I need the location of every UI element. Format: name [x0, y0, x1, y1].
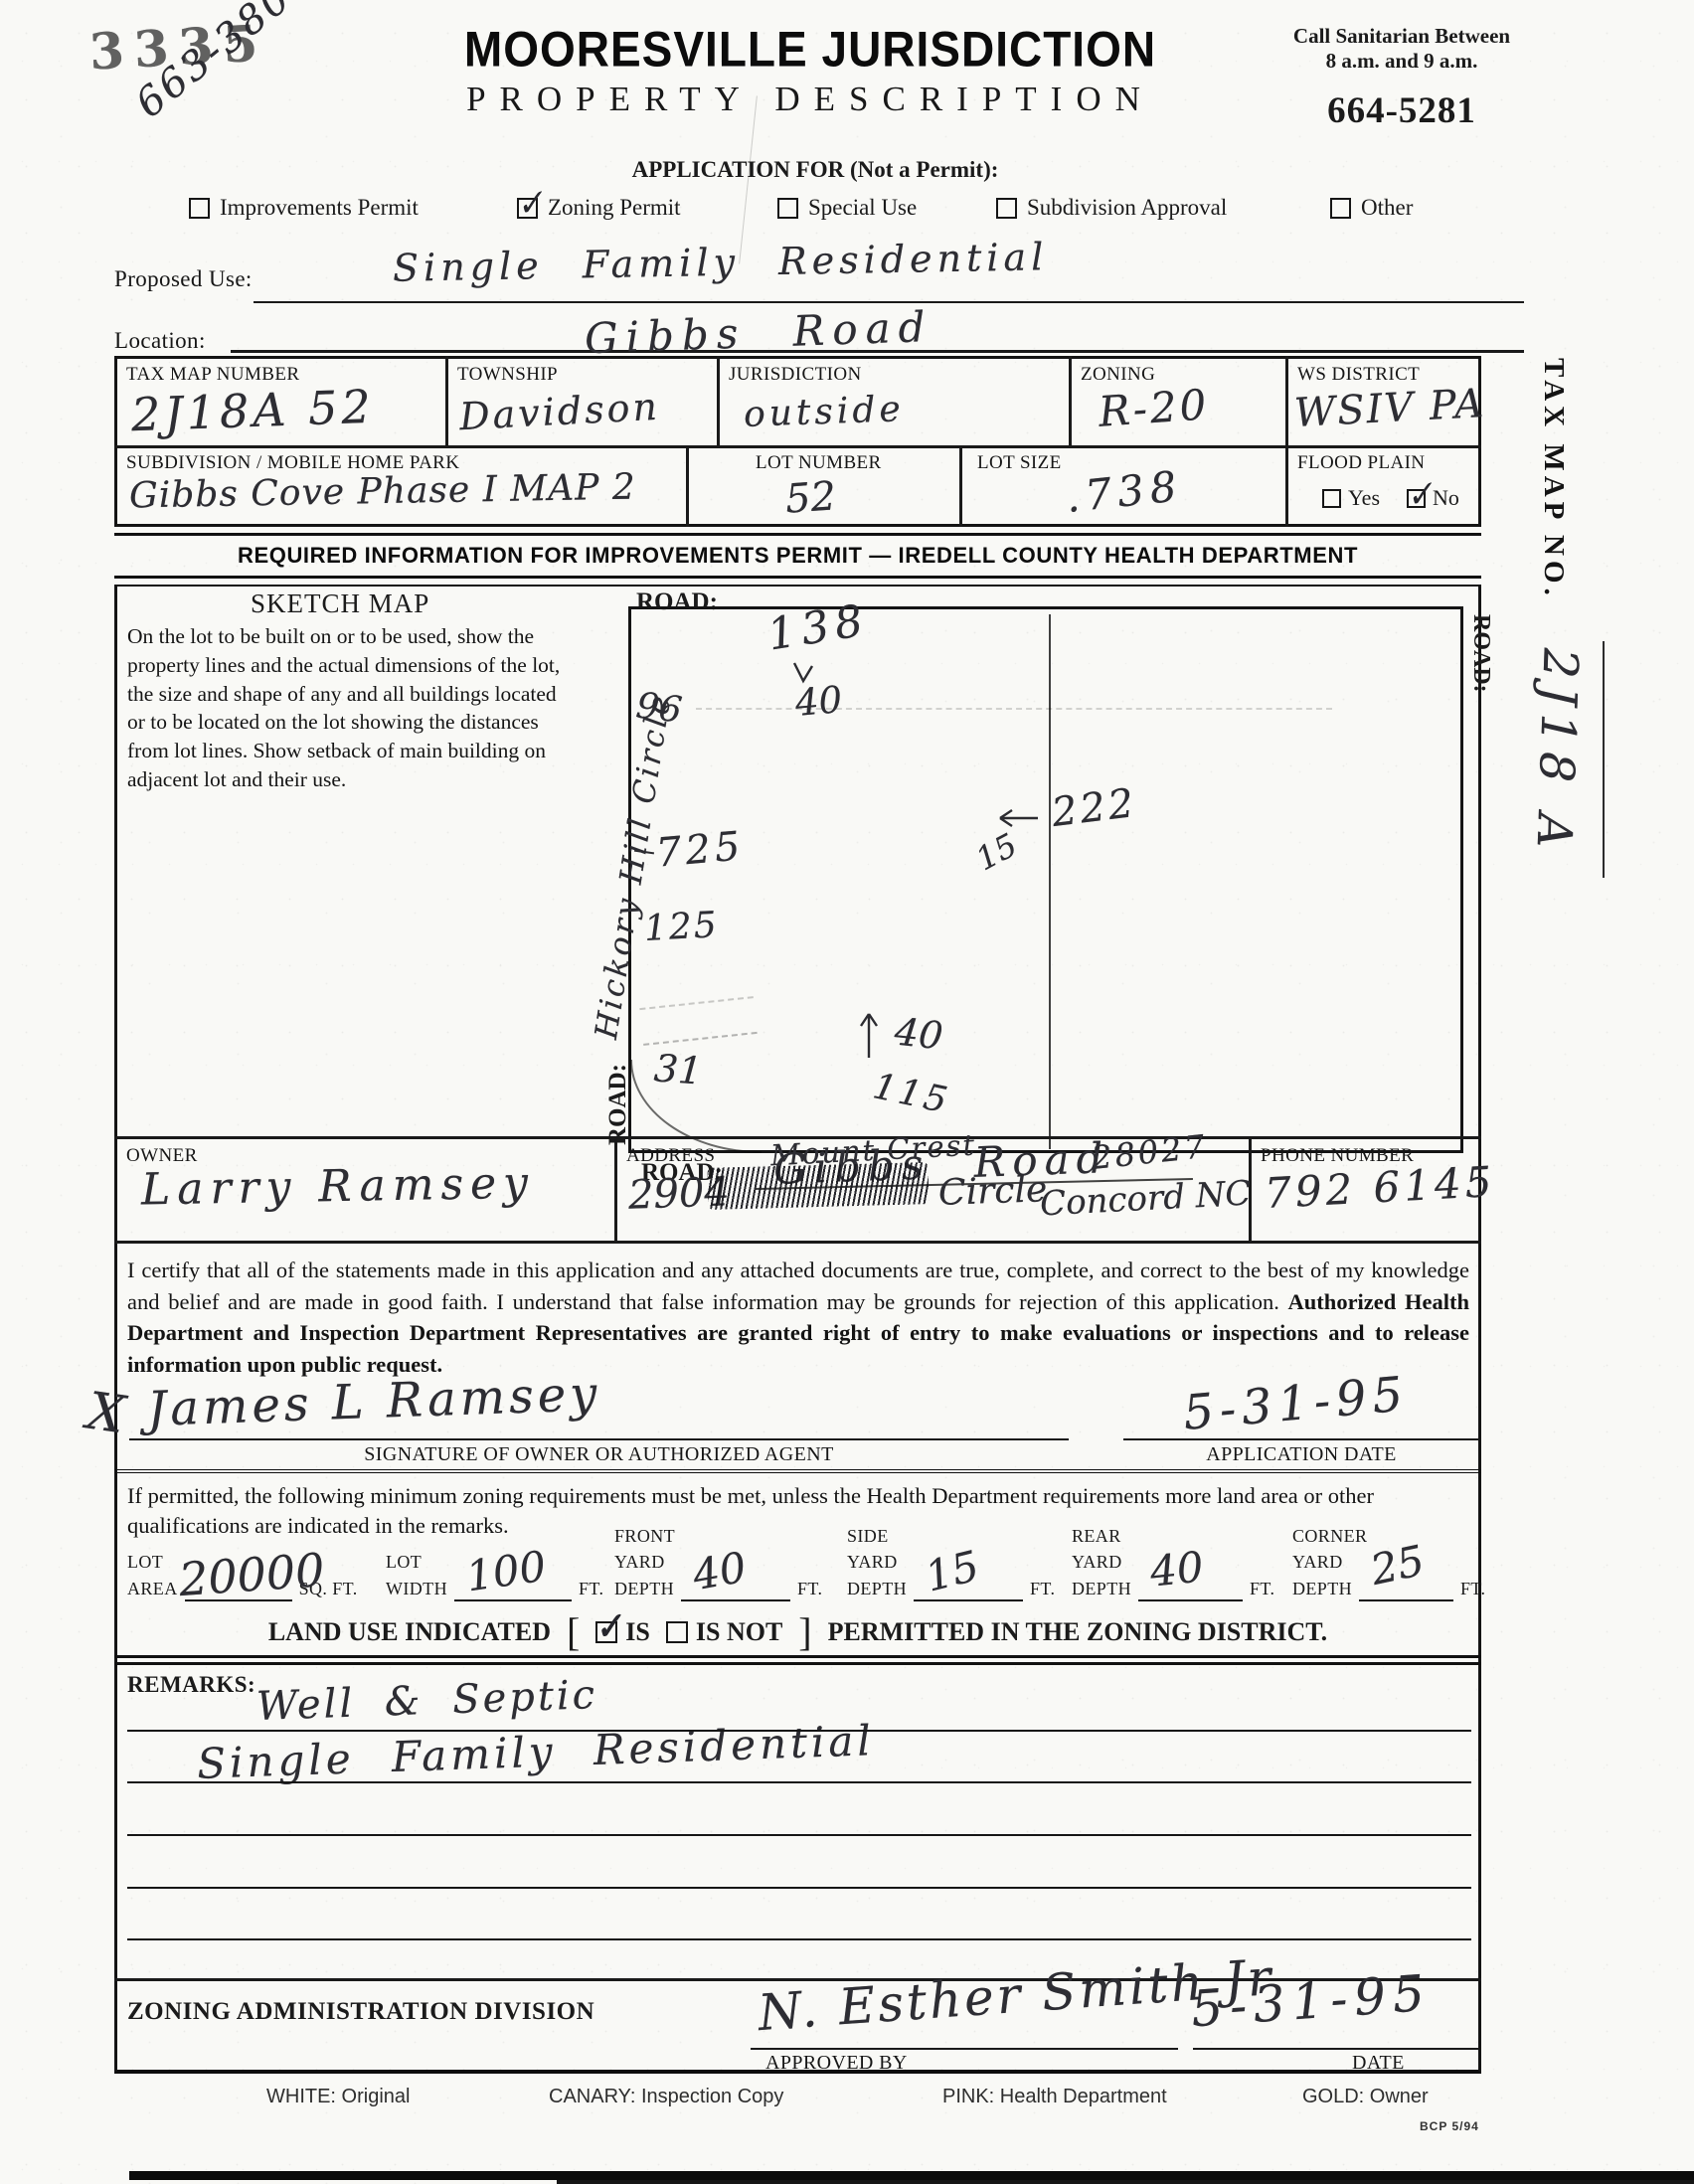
field-label: DEPTH	[614, 1576, 674, 1601]
jurisdiction-label: JURISDICTION	[729, 364, 862, 386]
sketch-instructions: On the lot to be built on or to be used,…	[127, 622, 577, 794]
field-rear-yard-depth: REAR YARD DEPTH40FT.	[1072, 1523, 1274, 1601]
footer-copy-canary: CANARY: Inspection Copy	[549, 2086, 783, 2108]
field-unit: FT.	[579, 1576, 603, 1601]
admin-date-line	[1193, 2048, 1479, 2050]
bracket-open: [	[567, 1608, 580, 1655]
field-label: AREA	[127, 1576, 178, 1601]
scan-edge-bar	[129, 2171, 1694, 2180]
location-label: Location:	[114, 328, 206, 354]
is-label: IS	[625, 1617, 650, 1647]
is-not-checkbox[interactable]	[666, 1621, 688, 1643]
dim-left-mid: 725	[654, 823, 746, 877]
subdivision-approval-label: Subdivision Approval	[1027, 195, 1227, 221]
address-scribble	[707, 1162, 929, 1210]
certification-body: I certify that all of the statements mad…	[127, 1258, 1469, 1314]
flood-plain-no-checkbox[interactable]	[1407, 489, 1426, 508]
road-left-label: ROAD:	[604, 1064, 632, 1145]
improvements-permit-checkbox[interactable]	[189, 198, 210, 219]
page-title: MOORESVILLE JURISDICTION	[418, 20, 1203, 78]
remarks-rule	[127, 1887, 1471, 1889]
field-label: SIDE	[847, 1523, 1055, 1549]
flood-plain-yes-checkbox[interactable]	[1322, 489, 1341, 508]
is-checkbox[interactable]	[595, 1621, 617, 1643]
jurisdiction-value: outside	[743, 389, 905, 435]
field-label: DEPTH	[1072, 1576, 1131, 1601]
zoning-label: ZONING	[1081, 364, 1155, 386]
owner-address-divider	[614, 1136, 617, 1244]
address-street-suffix: Circle	[937, 1169, 1048, 1214]
field-label: WIDTH	[386, 1576, 447, 1601]
field-fill-line: 15	[914, 1575, 1023, 1601]
road-right-label: ROAD:	[1467, 614, 1494, 693]
table-mid-line	[114, 445, 1481, 448]
remarks-rule	[127, 1834, 1471, 1836]
dim-left-bottom: 31	[653, 1046, 704, 1092]
sanitarian-phone: 664-5281	[1228, 89, 1576, 132]
lot-number-value: 52	[783, 473, 837, 522]
field-fill-line: 40	[1138, 1575, 1243, 1601]
field-label	[386, 1523, 603, 1549]
table-divider	[1069, 356, 1072, 445]
flood-plain-no: No	[1407, 485, 1459, 511]
land-use-is-not: IS NOT	[666, 1617, 782, 1647]
application-date-line	[1123, 1438, 1479, 1440]
field-side-yard-depth: SIDE YARD DEPTH15FT.	[847, 1523, 1055, 1601]
table-divider	[959, 445, 962, 527]
land-use-suffix: PERMITTED IN THE ZONING DISTRICT.	[828, 1617, 1328, 1647]
bracket-close: ]	[798, 1608, 811, 1655]
admin-date-caption: DATE	[1352, 2052, 1405, 2075]
land-use-is: IS	[595, 1617, 650, 1647]
special-use-label: Special Use	[808, 195, 917, 221]
sanitarian-note: Call Sanitarian Between 8 a.m. and 9 a.m…	[1228, 24, 1576, 132]
field-unit: FT.	[1030, 1576, 1055, 1601]
dim-top-setback: 40	[793, 678, 844, 725]
field-fill-line: 100	[454, 1575, 572, 1601]
field-lot-area: LOT AREA20000SQ. FT.	[127, 1523, 358, 1601]
location-value: Gibbs Road	[584, 302, 933, 363]
dim-bottom-setback: 40	[893, 1010, 945, 1059]
option-zoning-permit: Zoning Permit	[517, 195, 681, 221]
approved-by-caption: APPROVED BY	[765, 2052, 908, 2075]
page-subtitle: PROPERTY DESCRIPTION	[418, 80, 1203, 119]
tax-map-underline	[1603, 641, 1605, 878]
dim-left-upper: 96	[634, 685, 684, 731]
land-use-prefix: LAND USE INDICATED	[268, 1617, 551, 1647]
zoning-permit-checkbox[interactable]	[517, 198, 538, 219]
up-arrow-icon	[857, 1008, 881, 1060]
lot-size-label: LOT SIZE	[977, 452, 1062, 474]
flood-plain-yes-label: Yes	[1348, 485, 1380, 511]
scan-edge-bar-thin	[557, 2180, 1694, 2184]
special-use-checkbox[interactable]	[777, 198, 798, 219]
field-unit: FT.	[797, 1576, 822, 1601]
remarks-rule	[127, 1938, 1471, 1940]
improvements-permit-label: Improvements Permit	[220, 195, 419, 221]
remarks-rule	[127, 1781, 1471, 1783]
footer-copy-white: WHITE: Original	[266, 2086, 410, 2108]
owner-row-bottom	[114, 1241, 1481, 1244]
form-code: BCP 5/94	[1420, 2119, 1479, 2133]
application-date-caption: APPLICATION DATE	[1123, 1443, 1479, 1466]
remarks-rule	[127, 1730, 1471, 1732]
flood-plain-label: FLOOD PLAIN	[1297, 452, 1425, 474]
tax-map-no-label: TAX MAP NO.	[1537, 358, 1570, 600]
table-divider	[1285, 356, 1288, 445]
certification-text: I certify that all of the statements mad…	[127, 1255, 1469, 1380]
subdivision-approval-checkbox[interactable]	[996, 198, 1017, 219]
field-lot-width: LOT WIDTH100FT.	[386, 1523, 603, 1601]
land-use-statement: LAND USE INDICATED [ IS IS NOT ] PERMITT…	[114, 1608, 1481, 1655]
zoning-permit-label: Zoning Permit	[548, 195, 681, 221]
is-not-label: IS NOT	[696, 1617, 782, 1647]
sanitarian-line2: 8 a.m. and 9 a.m.	[1228, 49, 1576, 74]
field-label: FRONT	[614, 1523, 822, 1549]
field-fill-line: 40	[681, 1575, 790, 1601]
lot-boundary-line	[1049, 614, 1051, 1149]
remarks-box-top	[114, 1662, 1481, 1665]
other-checkbox[interactable]	[1330, 198, 1351, 219]
application-heading: APPLICATION FOR (Not a Permit):	[497, 157, 1133, 183]
field-fill-line: 25	[1359, 1575, 1453, 1601]
dim-left-lower: 125	[643, 905, 720, 949]
option-improvements-permit: Improvements Permit	[189, 195, 419, 221]
section-banner: REQUIRED INFORMATION FOR IMPROVEMENTS PE…	[114, 533, 1481, 579]
field-value: 40	[689, 1543, 750, 1600]
field-fill-line: 20000	[185, 1575, 292, 1601]
option-other: Other	[1330, 195, 1413, 221]
field-value: 25	[1366, 1536, 1428, 1595]
faint-pencil-line	[696, 708, 1332, 710]
ws-district-label: WS DISTRICT	[1297, 364, 1420, 386]
field-unit: FT.	[1250, 1576, 1274, 1601]
other-label: Other	[1361, 195, 1413, 221]
table-divider	[717, 356, 720, 445]
field-label: DEPTH	[847, 1576, 907, 1601]
proposed-use-label: Proposed Use:	[114, 266, 253, 292]
field-label: DEPTH	[1292, 1576, 1352, 1601]
footer-copy-pink: PINK: Health Department	[942, 2086, 1167, 2108]
option-subdivision-approval: Subdivision Approval	[996, 195, 1227, 221]
sketch-map-heading: SKETCH MAP	[251, 588, 429, 619]
approved-by-line	[751, 2048, 1178, 2050]
township-label: TOWNSHIP	[457, 364, 558, 386]
table-divider	[686, 445, 689, 527]
option-special-use: Special Use	[777, 195, 917, 221]
signature-caption: SIGNATURE OF OWNER OR AUTHORIZED AGENT	[129, 1443, 1069, 1466]
field-value: 100	[463, 1542, 549, 1601]
flood-plain-no-label: No	[1433, 485, 1459, 511]
left-arrow-icon	[994, 807, 1040, 829]
scanned-form-page: 3335 663-3800 MOORESVILLE JURISDICTION P…	[0, 0, 1694, 2184]
footer-copy-gold: GOLD: Owner	[1302, 2086, 1429, 2108]
remarks-label: REMARKS:	[127, 1672, 255, 1698]
zoning-admin-division-label: ZONING ADMINISTRATION DIVISION	[127, 1998, 594, 2026]
field-corner-yard-depth: CORNER YARD DEPTH25FT.	[1292, 1523, 1485, 1601]
table-divider	[1285, 445, 1288, 527]
field-front-yard-depth: FRONT YARD DEPTH40FT.	[614, 1523, 822, 1601]
tax-map-no-value: 2J18 A	[1525, 647, 1588, 857]
lot-number-label: LOT NUMBER	[756, 452, 882, 474]
sanitarian-line1: Call Sanitarian Between	[1228, 24, 1576, 49]
field-label	[127, 1523, 358, 1549]
zoning-value: R-20	[1097, 380, 1210, 436]
address-label: ADDRESS	[626, 1145, 715, 1167]
field-value: 40	[1148, 1542, 1206, 1596]
flood-plain-yes: Yes	[1322, 485, 1380, 511]
signature-line	[129, 1438, 1069, 1440]
proposed-use-value: Single Family Residential	[393, 235, 1049, 289]
field-unit: FT.	[1460, 1576, 1485, 1601]
field-value: 20000	[177, 1543, 326, 1606]
table-divider	[445, 356, 448, 445]
tax-map-number-value: 2J18A 52	[130, 380, 375, 442]
owner-value: Larry Ramsey	[141, 1158, 536, 1216]
